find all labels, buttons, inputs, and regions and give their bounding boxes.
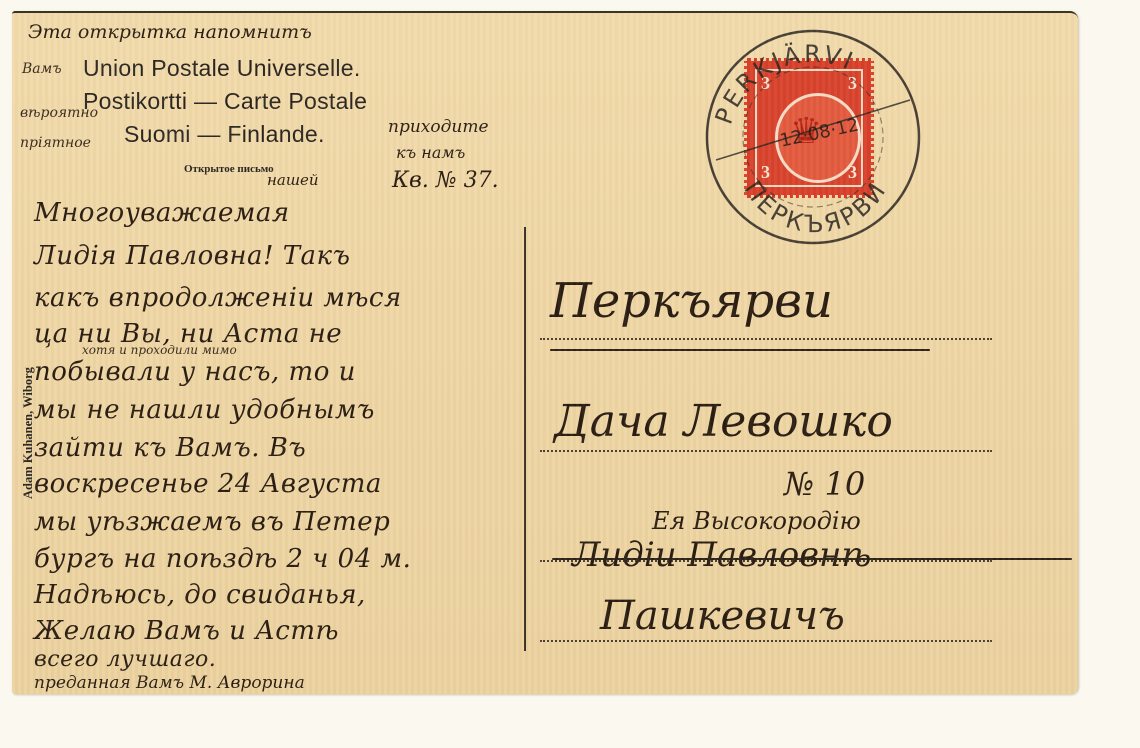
message-line: побывали у насъ, то и — [34, 357, 356, 387]
address-town-underline — [550, 349, 930, 351]
margin-note-left-2: вѣроятно — [20, 105, 98, 121]
address-number: № 10 — [784, 465, 865, 503]
apartment-note: Кв. № 37. — [392, 168, 499, 193]
svg-text:PERKJÄRVI: PERKJÄRVI — [710, 39, 860, 127]
printed-russian-label: Открытое письмо — [184, 163, 274, 175]
address-recipient-name: Лидіи Павловнѣ — [572, 535, 871, 575]
printed-postikortti-line: Postikortti — Carte Postale — [83, 88, 367, 115]
margin-note-right-1: приходите — [388, 117, 489, 137]
message-line: бургъ на поѣздѣ 2 ч 04 м. — [34, 544, 411, 574]
address-honorific: Ея Высокородію — [652, 507, 861, 535]
address-recipient-surname: Пашкевичъ — [600, 593, 845, 639]
signature: преданная Вамъ М. Аврорина — [34, 673, 305, 693]
message-line: мы не нашли удобнымъ — [34, 395, 375, 425]
message-line: воскресенье 24 Августа — [34, 469, 382, 499]
printed-upu-line: Union Postale Universelle. — [83, 55, 361, 82]
margin-note-top: Эта открытка напомнитъ — [28, 21, 312, 43]
margin-note-left-1: Вамъ — [22, 61, 62, 77]
address-name-underline — [552, 558, 1072, 560]
margin-note-right-3: нашей — [267, 171, 319, 189]
address-dacha: Дача Левошко — [554, 396, 893, 447]
message-line: Желаю Вамъ и Астѣ — [34, 616, 339, 646]
message-line: зайти къ Вамъ. Въ — [34, 433, 306, 463]
postmark-cancel: PERKJÄRVI ПЕРКЪЯРВИ 12·08·12 — [698, 22, 928, 252]
postmark-top-text: PERKJÄRVI — [710, 39, 860, 127]
message-address-divider — [524, 227, 526, 651]
margin-note-right-2: къ намъ — [396, 143, 465, 162]
margin-note-left-3: пріятное — [20, 135, 91, 151]
interline-note: хотя и проходили мимо — [82, 343, 237, 357]
address-town: Перкъярви — [550, 273, 833, 329]
message-line: Надѣюсь, до свиданья, — [34, 580, 366, 610]
message-line: мы уѣзжаемъ въ Петер — [34, 507, 390, 537]
address-dotted-line-1 — [540, 338, 992, 340]
message-line: Многоуважаемая — [34, 198, 290, 228]
printed-suomi-line: Suomi — Finlande. — [124, 121, 325, 148]
address-dotted-line-4 — [540, 640, 992, 642]
postcard: Union Postale Universelle. Postikortti —… — [12, 11, 1078, 694]
message-line: Лидія Павловна! Такъ — [34, 241, 350, 271]
postmark-date: 12·08·12 — [778, 114, 861, 151]
address-dotted-line-2 — [540, 450, 992, 452]
message-line: какъ впродолженіи мѣся — [34, 283, 402, 313]
message-line: всего лучшаго. — [34, 647, 216, 672]
